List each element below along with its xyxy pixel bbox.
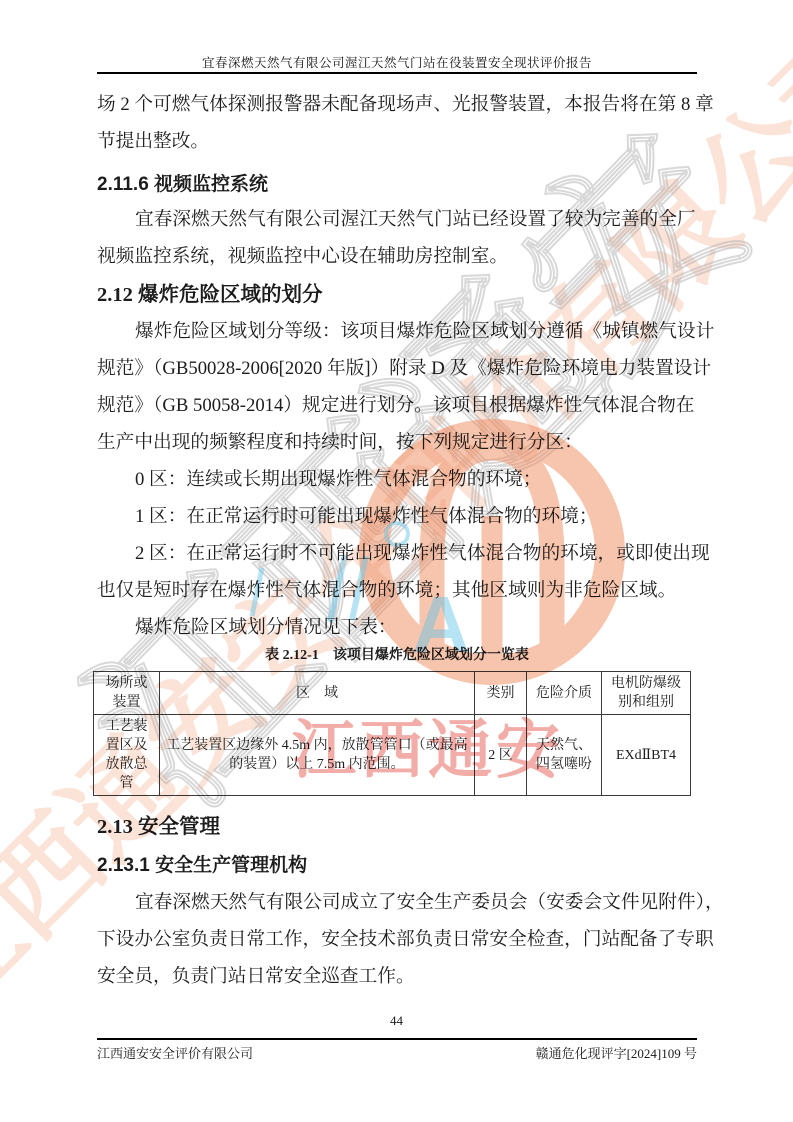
zone-2-definition: 2 区：在正常运行时不可能出现爆炸性气体混合物的环境，或即使出现 也仅是短时存在… xyxy=(97,535,697,609)
paragraph-line: 2 区：在正常运行时不可能出现爆炸性气体混合物的环境，或即使出现 xyxy=(97,535,697,572)
table-header-motor: 电机防爆级别和组别 xyxy=(602,672,691,715)
cell-motor: EXdⅡBT4 xyxy=(602,715,691,796)
paragraph-line: 场 2 个可燃气体探测报警器未配备现场声、光报警装置，本报告将在第 8 章 xyxy=(97,86,697,123)
page-header-title: 宜春深燃天然气有限公司渥江天然气门站在役装置安全现状评价报告 xyxy=(97,53,697,71)
paragraph-line: 生产中出现的频繁程度和持续时间，按下列规定进行分区： xyxy=(97,424,697,461)
paragraph-line: 宜春深燃天然气有限公司渥江天然气门站已经设置了较为完善的全厂 xyxy=(97,201,697,238)
paragraph-explosion: 爆炸危险区域划分等级：该项目爆炸危险区域划分遵循《城镇燃气设计 规范》（GB50… xyxy=(97,313,697,461)
paragraph-line: 安全员，负责门站日常安全巡查工作。 xyxy=(97,958,697,995)
cell-medium: 天然气、四氢噻吩 xyxy=(527,715,602,796)
paragraph-line: 节提出整改。 xyxy=(97,123,697,160)
header-rule xyxy=(97,72,697,74)
table-header-area: 区 域 xyxy=(160,672,475,715)
table-header-row: 场所或装置 区 域 类别 危险介质 电机防爆级别和组别 xyxy=(94,672,691,715)
table-intro-line: 爆炸危险区域划分情况见下表： xyxy=(97,609,735,646)
table-caption: 表 2.12-1 该项目爆炸危险区域划分一览表 xyxy=(97,646,697,666)
paragraph-line: 下设办公室负责日常工作，安全技术部负责日常安全检查，门站配备了专职 xyxy=(97,921,697,958)
paragraph-line: 规范》（GB50028-2006[2020 年版]）附录 D 及《爆炸危险环境电… xyxy=(97,350,697,387)
document-page: 宜春深燃天然气有限公司渥江天然气门站在役装置安全现状评价报告 场 2 个可燃气体… xyxy=(0,0,793,1122)
paragraph-line: 宜春深燃天然气有限公司成立了安全生产委员会（安委会文件见附件）， xyxy=(97,884,697,921)
paragraph-line: 视频监控系统，视频监控中心设在辅助房控制室。 xyxy=(97,238,697,275)
zone-0-definition: 0 区：连续或长期出现爆炸性气体混合物的环境； xyxy=(97,461,735,498)
zone-1-definition: 1 区：在正常运行时可能出现爆炸性气体混合物的环境； xyxy=(97,498,735,535)
paragraph-line: 规范》（GB 50058-2014）规定进行划分。该项目根据爆炸性气体混合物在 xyxy=(97,387,697,424)
heading-2-11-6: 2.11.6 视频监控系统 xyxy=(97,172,697,198)
footer-rule xyxy=(97,1038,697,1040)
table-header-medium: 危险介质 xyxy=(527,672,602,715)
explosion-zone-table: 场所或装置 区 域 类别 危险介质 电机防爆级别和组别 工艺装置区及放散总管 工… xyxy=(93,671,691,796)
paragraph-video: 宜春深燃天然气有限公司渥江天然气门站已经设置了较为完善的全厂 视频监控系统，视频… xyxy=(97,201,697,275)
page-footer: 江西通安安全评价有限公司 赣通危化现评字[2024]109 号 xyxy=(97,1043,697,1062)
paragraph-line: 也仅是短时存在爆炸性气体混合物的环境；其他区域则为非危险区域。 xyxy=(97,572,697,609)
cell-area: 工艺装置区边缘外 4.5m 内，放散管管口（或最高的装置）以上 7.5m 内范围… xyxy=(160,715,475,796)
heading-2-13: 2.13 安全管理 xyxy=(97,813,697,841)
paragraph-line: 爆炸危险区域划分等级：该项目爆炸危险区域划分遵循《城镇燃气设计 xyxy=(97,313,697,350)
heading-2-13-1: 2.13.1 安全生产管理机构 xyxy=(97,853,697,879)
page-number: 44 xyxy=(0,1013,793,1029)
table-header-class: 类别 xyxy=(475,672,527,715)
cell-place: 工艺装置区及放散总管 xyxy=(94,715,160,796)
footer-company: 江西通安安全评价有限公司 xyxy=(97,1043,253,1062)
heading-2-12: 2.12 爆炸危险区域的划分 xyxy=(97,281,697,309)
footer-doc-number: 赣通危化现评字[2024]109 号 xyxy=(536,1043,697,1062)
table-row: 工艺装置区及放散总管 工艺装置区边缘外 4.5m 内，放散管管口（或最高的装置）… xyxy=(94,715,691,796)
cell-class: 2 区 xyxy=(475,715,527,796)
paragraph-continuation: 场 2 个可燃气体探测报警器未配备现场声、光报警装置，本报告将在第 8 章 节提… xyxy=(97,86,697,160)
table-header-place: 场所或装置 xyxy=(94,672,160,715)
paragraph-safety: 宜春深燃天然气有限公司成立了安全生产委员会（安委会文件见附件）， 下设办公室负责… xyxy=(97,884,697,995)
